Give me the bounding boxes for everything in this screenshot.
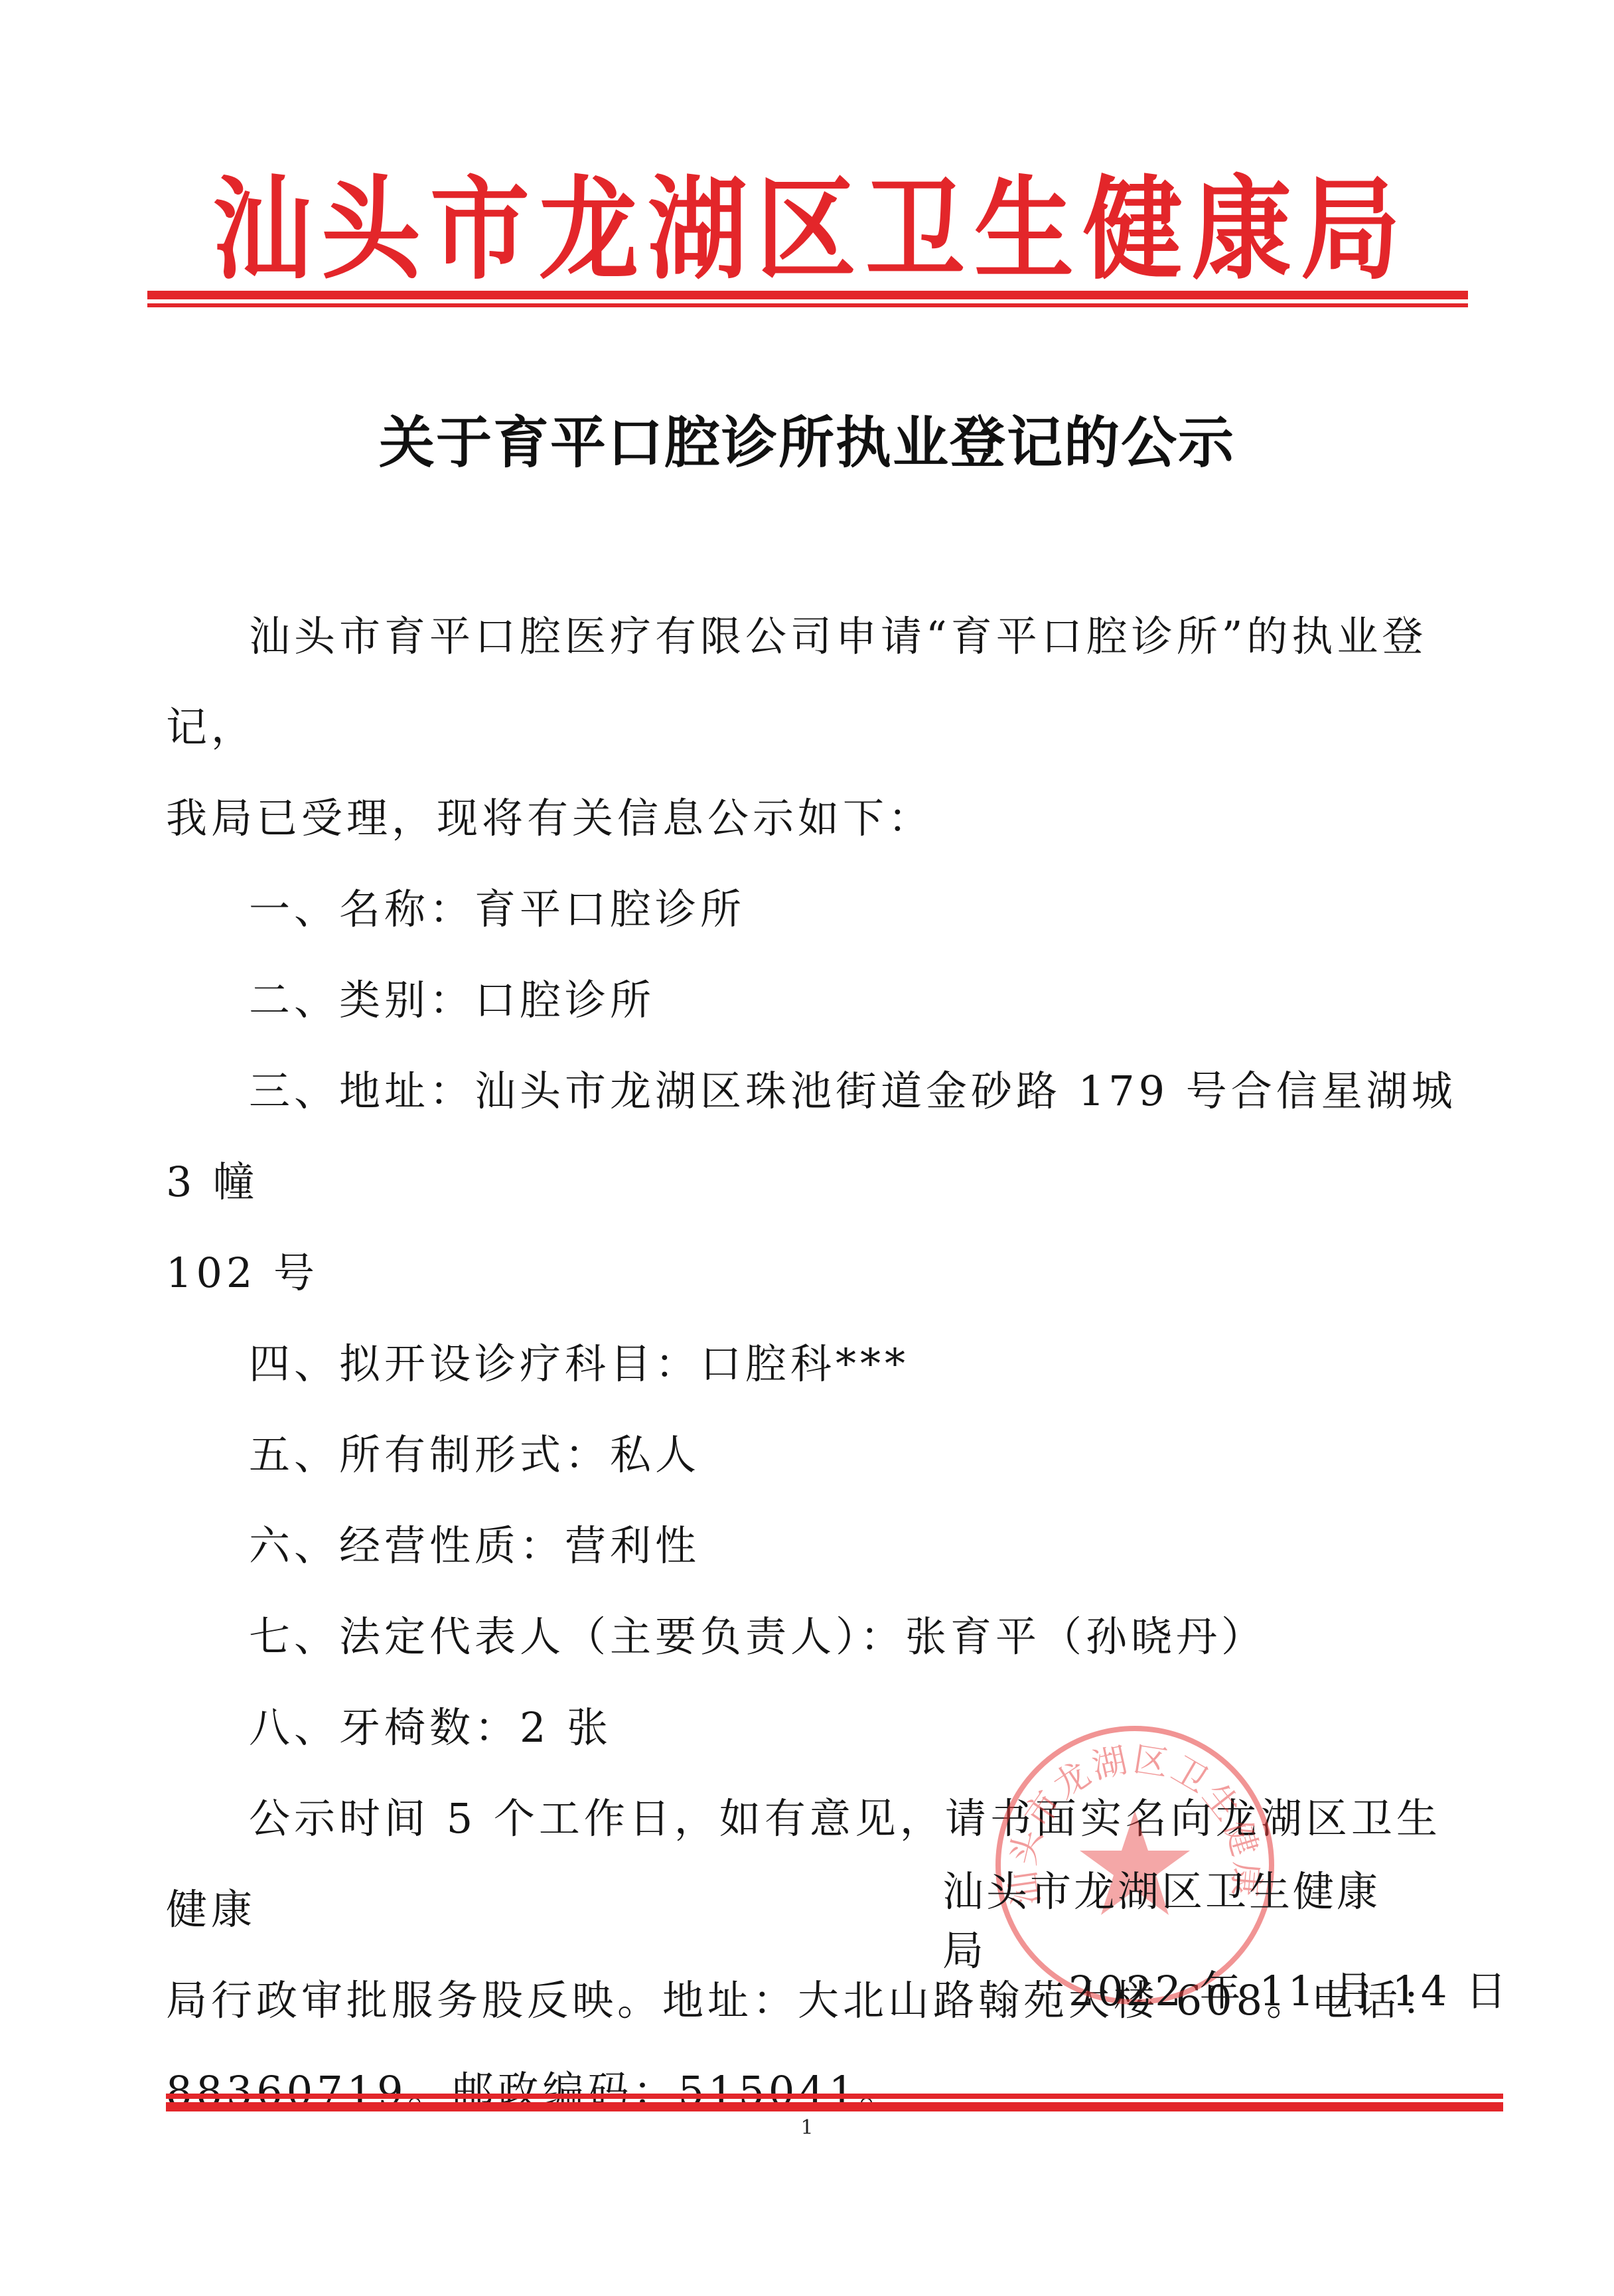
- masthead-char: 局: [1301, 175, 1400, 286]
- masthead-char: 湖: [648, 175, 747, 286]
- masthead-char: 龙: [539, 175, 638, 286]
- masthead-char: 生: [974, 175, 1074, 286]
- footer-rule-thin: [166, 2094, 1503, 2099]
- item-legal-rep: 七、法定代表人（主要负责人）：张育平（孙晓丹）: [166, 1591, 1480, 1682]
- item-dental-chairs: 八、牙椅数：2 张: [166, 1682, 1480, 1773]
- document-title: 关于育平口腔诊所执业登记的公示: [0, 398, 1614, 479]
- masthead-char: 区: [757, 175, 856, 286]
- item-ownership: 五、所有制形式：私人: [166, 1409, 1480, 1500]
- masthead-char: 健: [1083, 175, 1183, 286]
- header-rule-thin: [147, 303, 1468, 307]
- masthead-char: 汕: [212, 175, 312, 286]
- item-name: 一、名称：育平口腔诊所: [166, 864, 1480, 955]
- footer-rule-thick: [166, 2102, 1503, 2111]
- item-business-nature: 六、经营性质：营利性: [166, 1500, 1480, 1591]
- masthead-char: 康: [1192, 175, 1291, 286]
- header-rule-thick: [147, 291, 1468, 299]
- masthead-char: 头: [321, 175, 421, 286]
- page-number: 1: [0, 2116, 1614, 2139]
- masthead-char: 市: [430, 175, 530, 286]
- agency-masthead: 汕 头 市 龙 湖 区 卫 生 健 康 局: [146, 174, 1473, 287]
- item-address-cont: 102 号: [166, 1227, 1480, 1318]
- intro-line-2: 我局已受理，现将有关信息公示如下：: [166, 773, 1480, 864]
- item-category: 二、类别：口腔诊所: [166, 955, 1480, 1045]
- intro-line-1: 汕头市育平口腔医疗有限公司申请“育平口腔诊所”的执业登记，: [166, 591, 1480, 773]
- issue-date: 2022 年 11 月 14 日: [1068, 1958, 1509, 2017]
- masthead-char: 卫: [865, 175, 965, 286]
- item-departments: 四、拟开设诊疗科目：口腔科***: [166, 1318, 1480, 1409]
- item-address: 三、地址：汕头市龙湖区珠池街道金砂路 179 号合信星湖城 3 幢: [166, 1045, 1480, 1227]
